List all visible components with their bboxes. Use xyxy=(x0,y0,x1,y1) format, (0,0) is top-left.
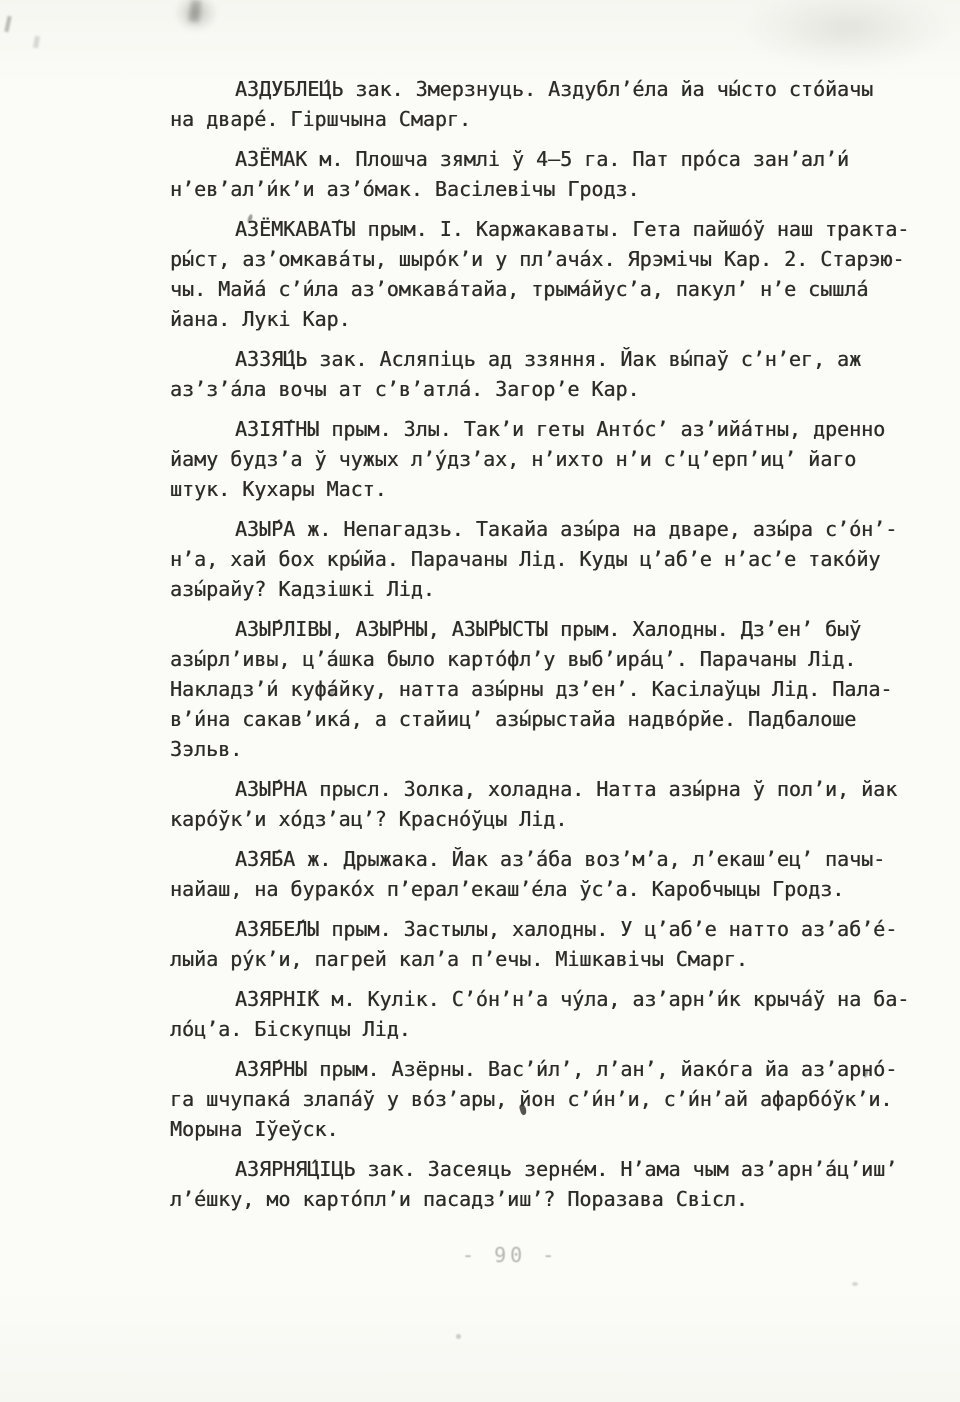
dictionary-entry: АЗЯРНІ́К м. Кулік. С’о́н’н’а чу́ла, аз’а… xyxy=(170,984,915,1044)
entry-line: н’ев’ал’и́к’и аз’о́мак. Васілевічы Гродз… xyxy=(170,174,915,204)
entry-line: Накладз’и́ куфа́йку, натта азы́рны дз’ен… xyxy=(170,674,915,704)
dictionary-entry: АЗЯ́БА ж. Дрыжака. Йак аз’а́ба воз’м’а, … xyxy=(170,844,915,904)
dictionary-entry: АЗЫ́РНА прысл. Золка, холадна. Натта азы… xyxy=(170,774,915,834)
scanned-dictionary-page: АЗДУБЛЕ́ЦЬ зак. Змерзнуць. Аздубл’е́ла й… xyxy=(0,0,960,1402)
dictionary-entry: АЗДУБЛЕ́ЦЬ зак. Змерзнуць. Аздубл’е́ла й… xyxy=(170,74,915,134)
entry-headword-line: АЗЁМКАВА́ТЫ прым. I. Каржакаваты. Гета п… xyxy=(170,214,915,244)
scan-smudge xyxy=(742,0,952,68)
entry-line: га шчупака́ злапа́ў у во́з’ары, йон с’и́… xyxy=(170,1084,915,1114)
entry-line: чы. Майа́ с’и́ла аз’омкава́тайа, трыма́й… xyxy=(170,274,915,304)
entry-line: аз’з’а́ла вочы ат с’в’атла́. Загор’е Кар… xyxy=(170,374,915,404)
dictionary-entry: АЗЯРНЯ́ЦІЦЬ зак. Засеяць зерне́м. Н’ама … xyxy=(170,1154,915,1214)
entry-line: лыйа ру́к’и, пагрей кал’а п’ечы. Мішкаві… xyxy=(170,944,915,974)
entry-line: каро́ўк’и хо́дз’ац’? Красно́ўцы Лід. xyxy=(170,804,915,834)
ink-speck xyxy=(33,36,40,49)
dictionary-entry: АЗЯБЕ́ЛЫ прым. Застылы, халодны. У ц’аб’… xyxy=(170,914,915,974)
entry-line: азы́рл’ивы, ц’а́шка было карто́фл’у выб’… xyxy=(170,644,915,674)
dictionary-entry: АЗЁМАК м. Плошча зямлі ў 4—5 га. Пат про… xyxy=(170,144,915,204)
ink-speck xyxy=(456,1334,461,1339)
dictionary-entry: АЗЫ́РЛІВЫ, АЗЫ́РНЫ, АЗЫ́РЫСТЫ прым. Хало… xyxy=(170,614,915,764)
dictionary-entry: АЗІЯ́ТНЫ прым. Злы. Так’и геты Анто́с’ а… xyxy=(170,414,915,504)
entry-headword-line: АЗЫ́РА ж. Непагадзь. Такайа азы́ра на дв… xyxy=(170,514,915,544)
entry-headword-line: АЗІЯ́ТНЫ прым. Злы. Так’и геты Анто́с’ а… xyxy=(170,414,915,444)
ink-speck xyxy=(852,1282,858,1286)
entry-line: на дваре́. Гіршчына Смарг. xyxy=(170,104,915,134)
scan-smudge xyxy=(189,0,202,23)
entry-headword-line: АЗЯБЕ́ЛЫ прым. Застылы, халодны. У ц’аб’… xyxy=(170,914,915,944)
entry-line: в’и́на сакав’ика́, а стайиц’ азы́рыстайа… xyxy=(170,704,915,734)
entries-column: АЗДУБЛЕ́ЦЬ зак. Змерзнуць. Аздубл’е́ла й… xyxy=(170,74,915,1224)
entry-headword-line: АЗЫ́РНА прысл. Золка, холадна. Натта азы… xyxy=(170,774,915,804)
entry-line: штук. Кухары Маст. xyxy=(170,474,915,504)
dictionary-entry: АЗЗЯ́ЦЬ зак. Асляпіць ад ззяння. Йак вы́… xyxy=(170,344,915,404)
entry-headword-line: АЗЯ́РНЫ прым. Азёрны. Вас’и́л’, л’ан’, й… xyxy=(170,1054,915,1084)
entry-line: н’а, хай бох кры́йа. Парачаны Лід. Куды … xyxy=(170,544,915,574)
entry-headword-line: АЗДУБЛЕ́ЦЬ зак. Змерзнуць. Аздубл’е́ла й… xyxy=(170,74,915,104)
entry-headword-line: АЗЫ́РЛІВЫ, АЗЫ́РНЫ, АЗЫ́РЫСТЫ прым. Хало… xyxy=(170,614,915,644)
scan-smudge xyxy=(174,0,218,32)
dictionary-entry: АЗЁМКАВА́ТЫ прым. I. Каржакаваты. Гета п… xyxy=(170,214,915,334)
entry-headword-line: АЗЯ́БА ж. Дрыжака. Йак аз’а́ба воз’м’а, … xyxy=(170,844,915,874)
entry-headword-line: АЗЯРНЯ́ЦІЦЬ зак. Засеяць зерне́м. Н’ама … xyxy=(170,1154,915,1184)
dictionary-entry: АЗЫ́РА ж. Непагадзь. Такайа азы́ра на дв… xyxy=(170,514,915,604)
scan-smudge xyxy=(4,16,11,32)
entry-line: азы́райу? Кадзішкі Лід. xyxy=(170,574,915,604)
entry-headword-line: АЗЗЯ́ЦЬ зак. Асляпіць ад ззяння. Йак вы́… xyxy=(170,344,915,374)
entry-line: Морына Іўеўск. xyxy=(170,1114,915,1144)
entry-headword-line: АЗЁМАК м. Плошча зямлі ў 4—5 га. Пат про… xyxy=(170,144,915,174)
page-number: - 90 - xyxy=(462,1243,558,1267)
entry-line: найаш, на бурако́х п’ерал’екаш’е́ла ўс’а… xyxy=(170,874,915,904)
entry-line: л’е́шку, мо карто́пл’и пасадз’иш’? Пораз… xyxy=(170,1184,915,1214)
dictionary-entry: АЗЯ́РНЫ прым. Азёрны. Вас’и́л’, л’ан’, й… xyxy=(170,1054,915,1144)
entry-line: ры́ст, аз’омкава́ты, шыро́к’и у пл’ача́х… xyxy=(170,244,915,274)
entry-line: йана. Лукі Кар. xyxy=(170,304,915,334)
entry-line: йаму будз’а ў чужых л’у́дз’ах, н’ихто н’… xyxy=(170,444,915,474)
entry-line: ло́ц’а. Біскупцы Лід. xyxy=(170,1014,915,1044)
entry-line: Зэльв. xyxy=(170,734,915,764)
entry-headword-line: АЗЯРНІ́К м. Кулік. С’о́н’н’а чу́ла, аз’а… xyxy=(170,984,915,1014)
